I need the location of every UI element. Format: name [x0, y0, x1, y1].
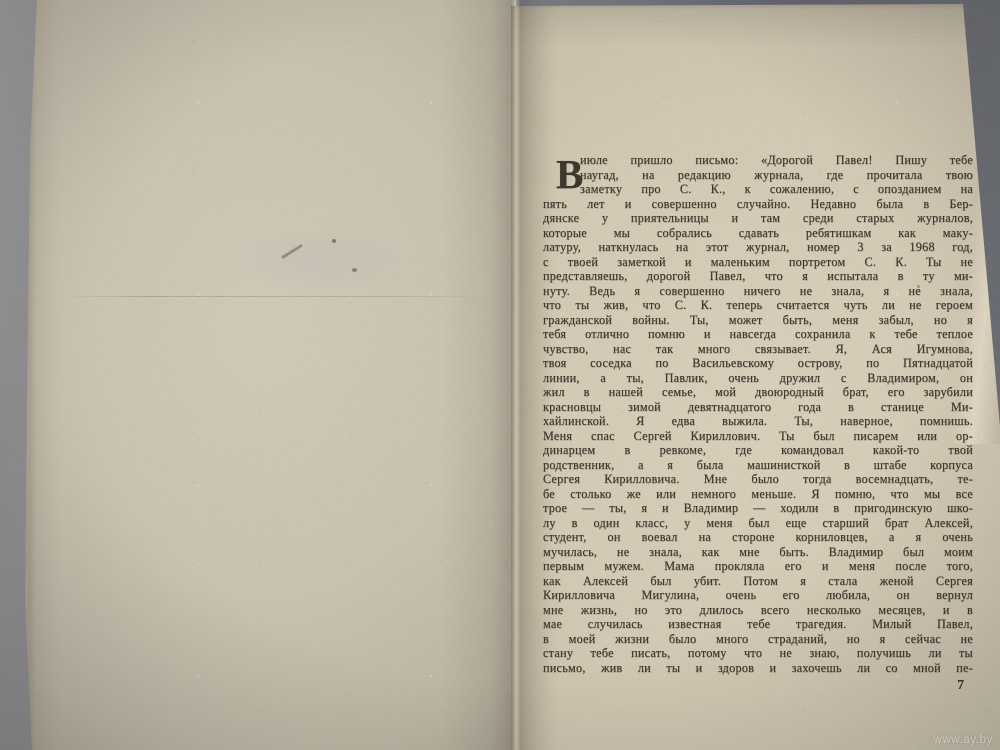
- text-line: бе столько же или немного меньше. Я помн…: [543, 487, 973, 502]
- text-line: трое — ты, я и Владимир — ходили в приго…: [543, 501, 973, 516]
- text-line: стану тебе писать, потому что не знаю, п…: [543, 646, 973, 661]
- text-line: мае случилась известная тебе трагедия. М…: [543, 617, 973, 632]
- page-number: 7: [543, 677, 973, 693]
- text-line: динарцем в ревкоме, где командовал какой…: [543, 443, 973, 458]
- text-line: июле пришло письмо: «Дорогой Павел! Пишу…: [543, 153, 973, 168]
- watermark: www.ay.by: [933, 734, 993, 746]
- text-line: тебя отлично помню и навсегда сохранила …: [543, 327, 973, 342]
- text-line: представляешь, дорогой Павел, что я испы…: [543, 269, 973, 284]
- text-line: красновцы зимой девятнадцатого года в ст…: [543, 400, 973, 415]
- text-line: дянске у приятельницы и там среди старых…: [543, 211, 973, 226]
- text-line: Меня спас Сергей Кириллович. Ты был писа…: [543, 429, 973, 444]
- page-text-lines: июле пришло письмо: «Дорогой Павел! Пишу…: [543, 153, 973, 675]
- text-line: как Алексей был убит. Потом я стала жено…: [543, 574, 973, 589]
- drop-cap: В: [556, 154, 583, 194]
- text-line: гражданской войны. Ты, может быть, меня …: [543, 313, 973, 328]
- paper-crease: [58, 296, 488, 297]
- text-line: жил в нашей семье, мой двоюродный брат, …: [543, 385, 973, 400]
- text-line: родственник, а я была машинисткой в штаб…: [543, 458, 973, 473]
- text-line: хайлинской. Я едва выжила. Ты, наверное,…: [543, 414, 973, 429]
- text-line: Кирилловича Мигулина, очень его любила, …: [543, 588, 973, 603]
- text-line: мучилась, не знала, как мне быть. Владим…: [543, 545, 973, 560]
- text-line: латуру, наткнулась на этот журнал, номер…: [543, 240, 973, 255]
- paper-speck: [332, 239, 336, 243]
- paper-speck: [352, 268, 357, 272]
- text-line: заметку про С. К., к сожалению, с опозда…: [543, 182, 973, 197]
- text-line: чувство, нас так много связывает. Я, Ася…: [543, 342, 973, 357]
- text-line: лу в один класс, у меня был еще старший …: [543, 516, 973, 531]
- paper-speck: [917, 285, 920, 288]
- text-line: пять лет и совершенно случайно. Недавно …: [543, 197, 973, 212]
- page-text: В июле пришло письмо: «Дорогой Павел! Пи…: [543, 153, 973, 675]
- text-line: студент, он воевал на стороне корниловце…: [543, 530, 973, 545]
- text-line: письмо, жив ли ты и здоров и захочешь ли…: [543, 661, 973, 676]
- show-through-smudge: [220, 225, 420, 295]
- text-line: мне жизнь, но это длилось всего нескольк…: [543, 603, 973, 618]
- text-line: нуту. Ведь я совершенно ничего не знала,…: [543, 284, 973, 299]
- text-line: первым мужем. Мама прокляла его и меня п…: [543, 559, 973, 574]
- text-line: наугад, на редакцию журнала, где прочита…: [543, 168, 973, 183]
- text-line: в моей жизни было много страданий, но я …: [543, 632, 973, 647]
- text-line: линии, а ты, Павлик, очень дружил с Влад…: [543, 371, 973, 386]
- text-line: Сергея Кирилловича. Мне было тогда восем…: [543, 472, 973, 487]
- text-line: что ты жив, что С. К. теперь считается ч…: [543, 298, 973, 313]
- text-line: твоя соседка по Васильевскому острову, п…: [543, 356, 973, 371]
- text-line: которые мы собрались сдавать ребятишкам …: [543, 226, 973, 241]
- text-line: с твоей заметкой и маленьким портретом С…: [543, 255, 973, 270]
- book-photo: В июле пришло письмо: «Дорогой Павел! Пи…: [0, 0, 1000, 750]
